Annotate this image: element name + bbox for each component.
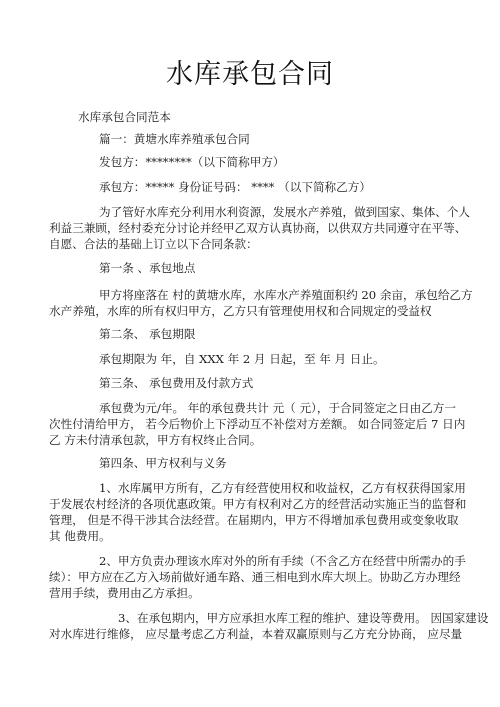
article-1-body: 甲方将座落在 村的黄塘水库，水库水产养殖面积约 20 余亩，承包给乙方 — [99, 288, 473, 302]
article-1-title: 第一条 、承包地点 — [99, 261, 195, 275]
article-2-title: 第二条、 承包期限 — [99, 327, 195, 341]
article-4-title: 第四条、甲方权利与义务 — [99, 456, 227, 470]
issuer-line: 发包方：********（以下简称甲方） — [99, 155, 285, 169]
article-3-body: 乙 方未付清承包款，甲方有权终止合同。 — [49, 433, 261, 447]
article-4-item-2: 2、甲方负责办理该水库对外的所有手续（不含乙方在经营中所需办的手 — [99, 554, 466, 568]
preamble-line: 利益三兼顾，经村委充分讨论并经甲乙双方认真协商，以供双方共同遵守在平等、 — [49, 221, 466, 235]
article-4-item-1: 于发展农村经济的各项优惠政策。甲方有权利对乙方的经营活动实施正当的监督和 — [49, 497, 466, 511]
article-2-body: 承包期限为 年，自 XXX 年 2 月 日起，至 年 月 日止。 — [99, 352, 385, 366]
contractor-line: 承包方：***** 身份证号码： **** （以下简称乙方） — [99, 180, 371, 194]
subtitle: 水库承包合同范本 — [78, 110, 171, 124]
document-title: 水库承包合同 — [0, 52, 500, 91]
article-4-item-1: 管理， 但是不得干涉其合法经营。在届期内，甲方不得增加承包费用或变象收取 — [49, 513, 458, 527]
article-4-item-1: 1、水库属甲方所有，乙方有经营使用权和收益权，乙方有权获得国家用 — [99, 481, 466, 495]
article-4-item-1: 其 他费用。 — [49, 529, 111, 543]
article-3-title: 第三条、 承包费用及付款方式 — [99, 376, 253, 390]
section-heading: 篇一：黄塘水库养殖承包合同 — [99, 132, 250, 146]
article-4-item-3: 对水库进行维修， 应尽量考虑乙方利益，本着双赢原则与乙方充分协商， 应尽量 — [49, 627, 462, 641]
preamble-line: 自愿、合法的基础上订立以下合同条款： — [49, 237, 258, 251]
article-4-item-3: 3、在承包期内，甲方应承担水库工程的维护、建设等费用。 因国家建设 — [118, 611, 488, 625]
article-3-body: 次性付清给甲方， 若今后物价上下浮动互不补偿对方差额。 如合同签定后 7 日内 — [49, 417, 465, 431]
preamble-line: 为了管好水库充分利用水利资源，发展水产养殖，做到国家、集体、个人 — [99, 205, 470, 219]
article-1-body: 水产养殖，水库的所有权归甲方，乙方只有管理使用权和合同规定的受益权 — [49, 304, 432, 318]
article-4-item-2: 营用手续，费用由乙方承担。 — [49, 586, 200, 600]
article-3-body: 承包费为元/年。 年的承包费共计 元（ 元），于合同签定之日由乙方一 — [99, 401, 456, 415]
article-4-item-2: 续）：甲方应在乙方入场前做好通车路、通三相电到水库大坝上。协助乙方办理经 — [49, 570, 461, 584]
